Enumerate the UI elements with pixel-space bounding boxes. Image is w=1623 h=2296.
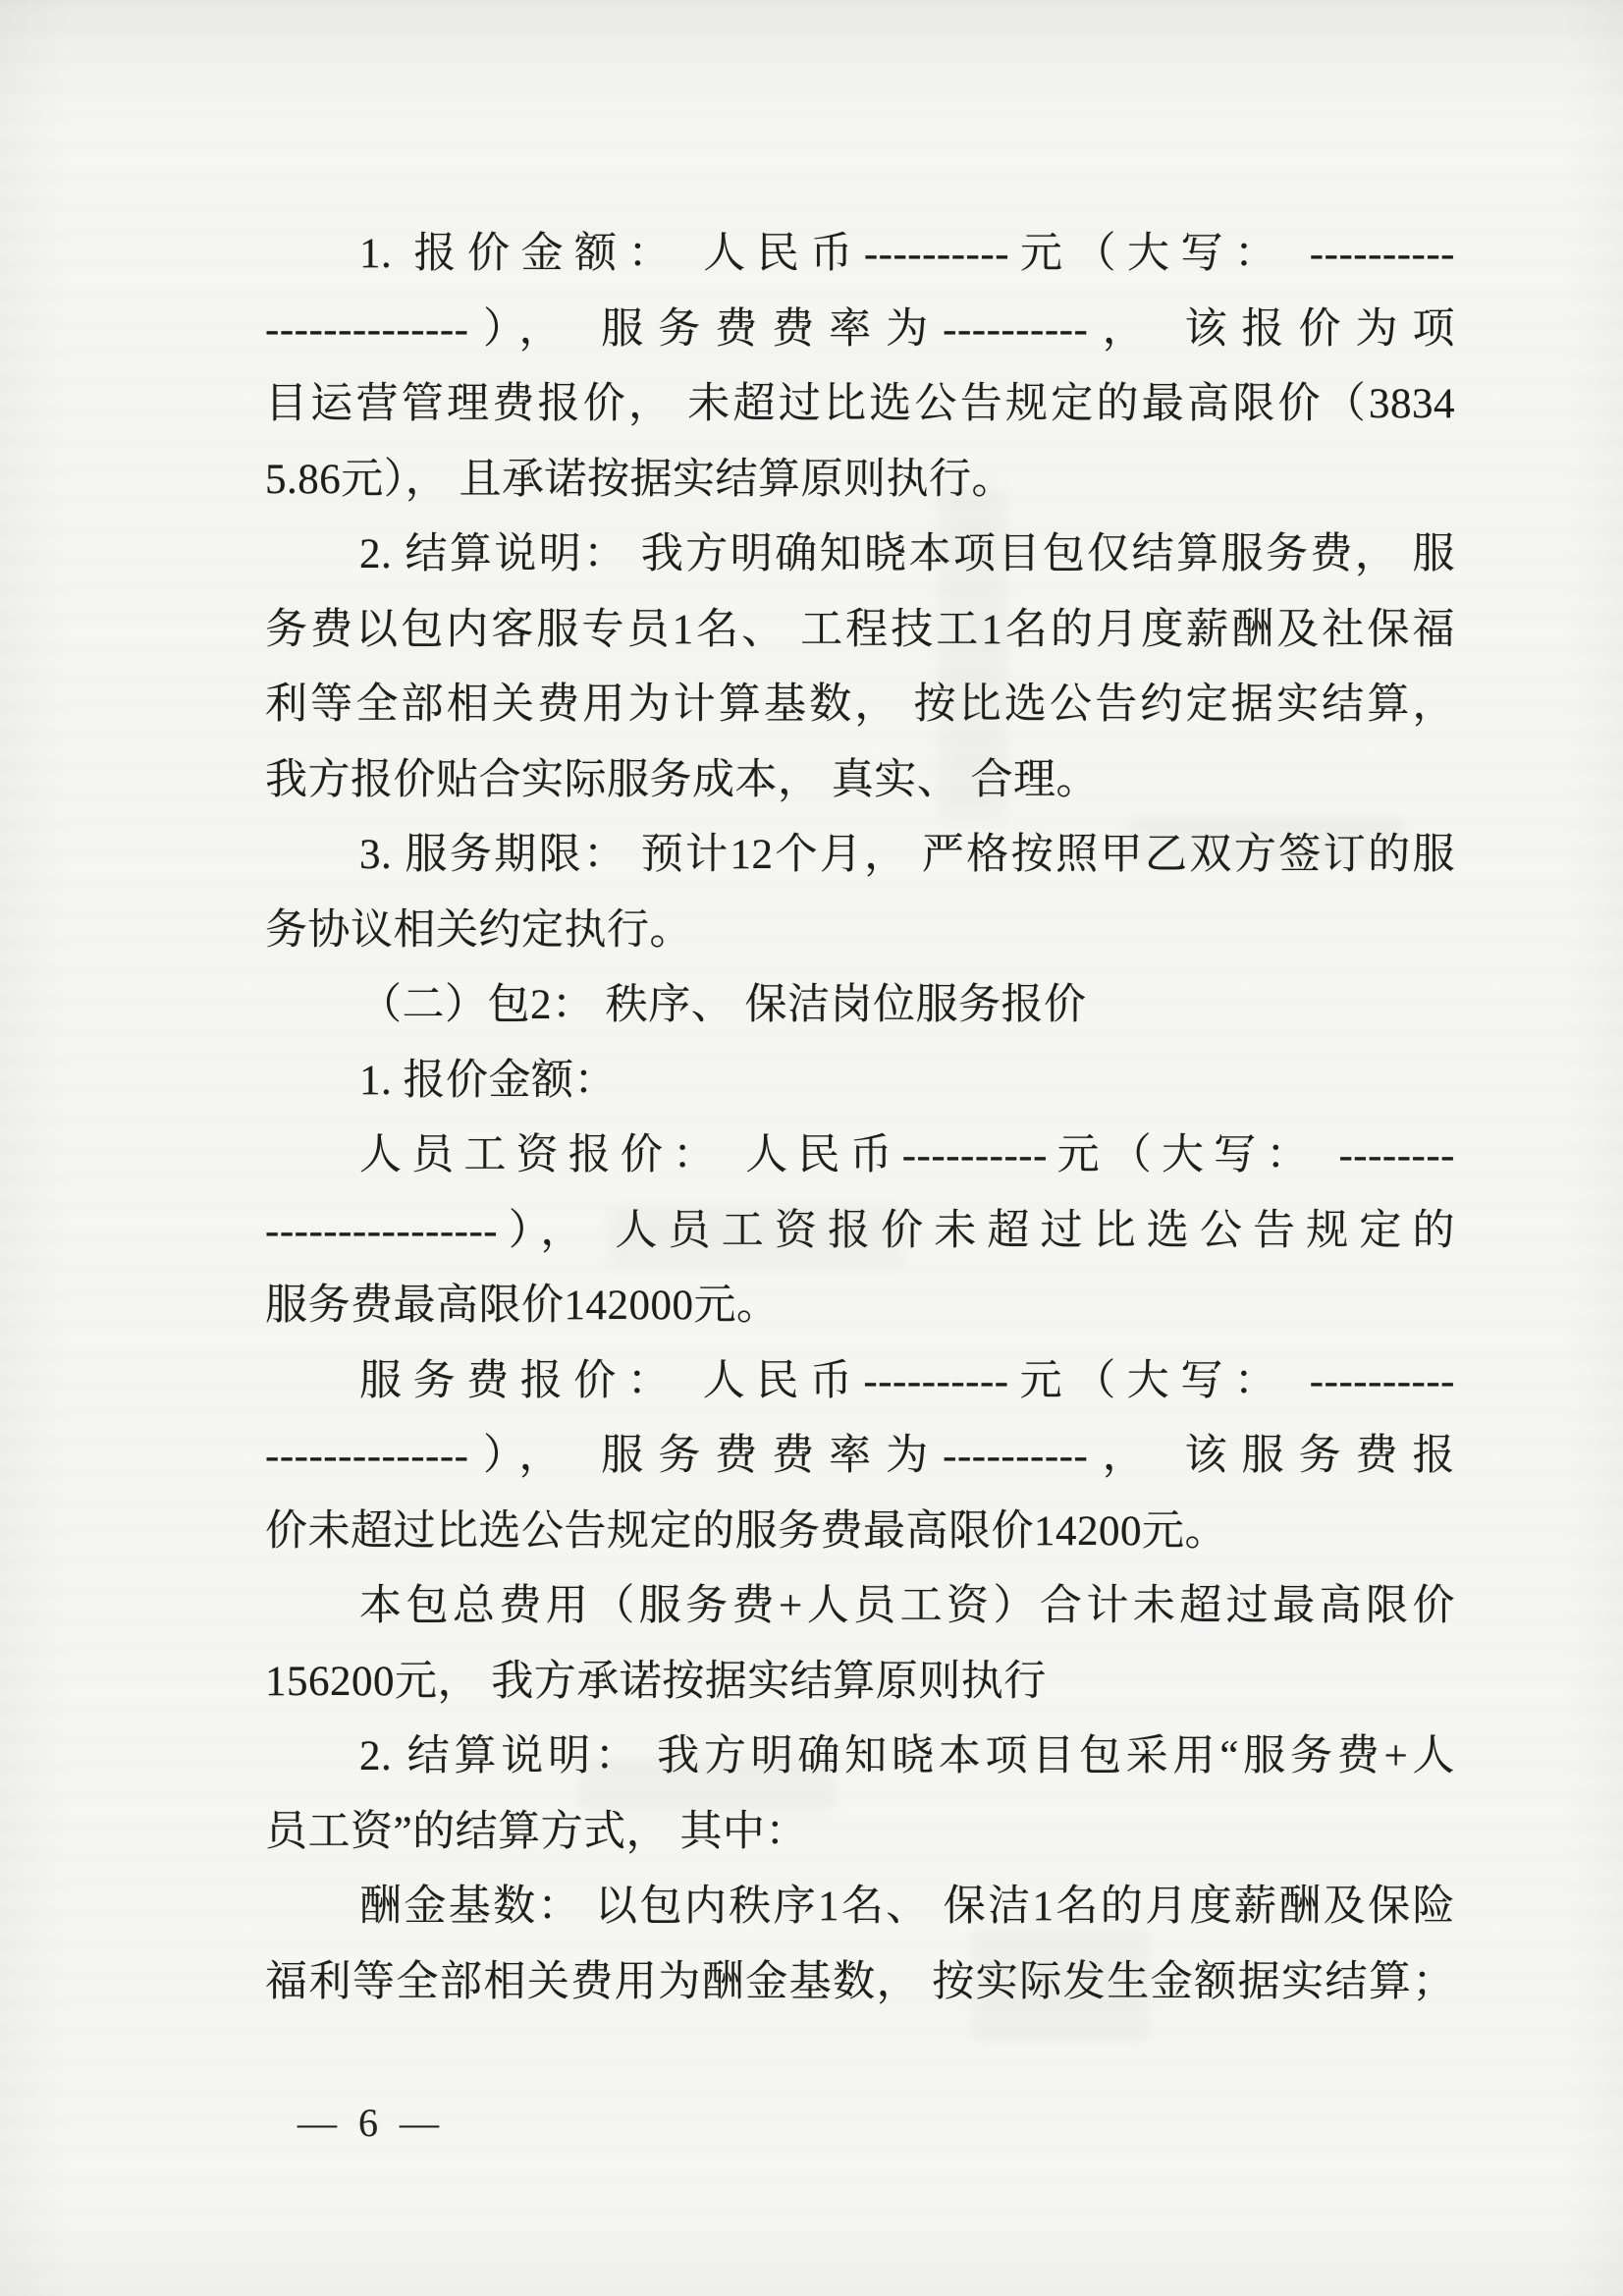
text-line: 务协议相关约定执行。 <box>265 894 1455 969</box>
text-line: ----------------）， 人员工资报价未超过比选公告规定的 <box>265 1194 1455 1270</box>
text-line: 价未超过比选公告规定的服务费最高限价14200元。 <box>265 1495 1455 1570</box>
text-line: 1. 报价金额： 人民币----------元（大写： ---------- <box>265 217 1455 293</box>
text-line: 目运营管理费报价， 未超过比选公告规定的最高限价（3834 <box>265 367 1455 443</box>
scanned-document-page: 1. 报价金额： 人民币----------元（大写： ------------… <box>0 0 1623 2296</box>
text-line: 服务费最高限价142000元。 <box>265 1269 1455 1344</box>
text-line: 人员工资报价： 人民币----------元（大写： -------- <box>265 1119 1455 1194</box>
text-line: --------------）， 服务费费率为----------， 该服务费报 <box>265 1419 1455 1495</box>
text-line: 福利等全部相关费用为酬金基数， 按实际发生金额据实结算； <box>265 1945 1455 2021</box>
text-line: 1. 报价金额： <box>265 1044 1455 1120</box>
text-line: 酬金基数： 以包内秩序1名、 保洁1名的月度薪酬及保险 <box>265 1870 1455 1945</box>
text-line: 3. 服务期限： 预计12个月， 严格按照甲乙双方签订的服 <box>265 818 1455 894</box>
text-line: 2. 结算说明： 我方明确知晓本项目包仅结算服务费， 服 <box>265 518 1455 593</box>
text-line: （二）包2： 秩序、 保洁岗位服务报价 <box>265 968 1455 1044</box>
text-line: 156200元， 我方承诺按据实结算原则执行 <box>265 1645 1455 1721</box>
document-body: 1. 报价金额： 人民币----------元（大写： ------------… <box>265 217 1455 2020</box>
text-line: 本包总费用（服务费+人员工资）合计未超过最高限价 <box>265 1569 1455 1645</box>
text-line: --------------）， 服务费费率为----------， 该报价为项 <box>265 293 1455 368</box>
page-number: — 6 — <box>298 2100 445 2146</box>
text-line: 我方报价贴合实际服务成本， 真实、 合理。 <box>265 743 1455 819</box>
text-line: 服务费报价： 人民币----------元（大写： ---------- <box>265 1344 1455 1420</box>
text-line: 务费以包内客服专员1名、 工程技工1名的月度薪酬及社保福 <box>265 593 1455 669</box>
text-line: 5.86元）， 且承诺按据实结算原则执行。 <box>265 443 1455 519</box>
text-line: 2. 结算说明： 我方明确知晓本项目包采用“服务费+人 <box>265 1720 1455 1795</box>
text-line: 利等全部相关费用为计算基数， 按比选公告约定据实结算， <box>265 668 1455 743</box>
text-line: 员工资”的结算方式， 其中： <box>265 1795 1455 1871</box>
